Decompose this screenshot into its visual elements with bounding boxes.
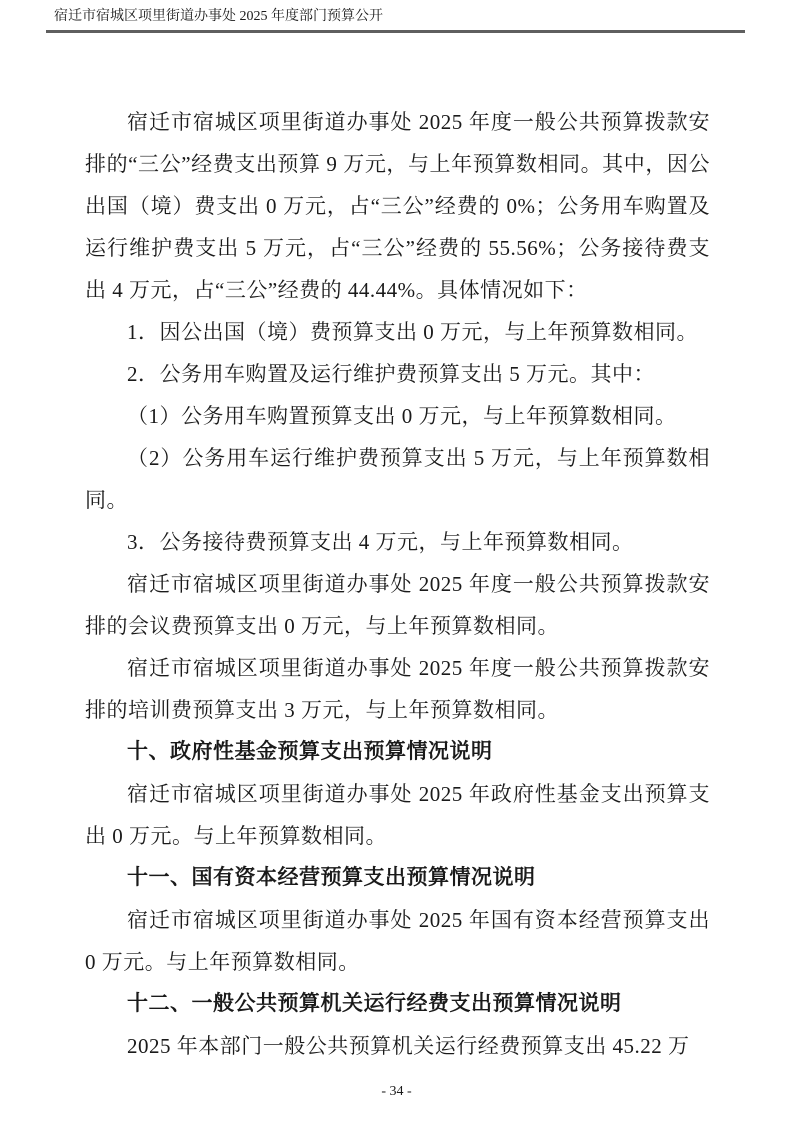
heading-operating-expense: 十二、一般公共预算机关运行经费支出预算情况说明 (85, 983, 710, 1025)
document-page: 宿迁市宿城区项里街道办事处 2025 年度部门预算公开 宿迁市宿城区项里街道办事… (0, 0, 793, 1122)
para-training-fee: 宿迁市宿城区项里街道办事处 2025 年度一般公共预算拨款安排的培训费预算支出 … (85, 647, 710, 731)
para-item-1-abroad: 1．因公出国（境）费预算支出 0 万元，与上年预算数相同。 (85, 311, 710, 353)
para-sangong-overview: 宿迁市宿城区项里街道办事处 2025 年度一般公共预算拨款安排的“三公”经费支出… (85, 101, 710, 311)
para-item-2-2-maintenance: （2）公务用车运行维护费预算支出 5 万元，与上年预算数相同。 (85, 437, 710, 521)
para-item-3-reception: 3．公务接待费预算支出 4 万元，与上年预算数相同。 (85, 521, 710, 563)
heading-gov-fund-budget: 十、政府性基金预算支出预算情况说明 (85, 731, 710, 773)
page-header-title: 宿迁市宿城区项里街道办事处 2025 年度部门预算公开 (46, 8, 745, 26)
para-meeting-fee: 宿迁市宿城区项里街道办事处 2025 年度一般公共预算拨款安排的会议费预算支出 … (85, 563, 710, 647)
para-item-2-1-purchase: （1）公务用车购置预算支出 0 万元，与上年预算数相同。 (85, 395, 710, 437)
heading-state-capital-budget: 十一、国有资本经营预算支出预算情况说明 (85, 857, 710, 899)
para-state-capital-budget: 宿迁市宿城区项里街道办事处 2025 年国有资本经营预算支出 0 万元。与上年预… (85, 899, 710, 983)
document-body: 宿迁市宿城区项里街道办事处 2025 年度一般公共预算拨款安排的“三公”经费支出… (85, 101, 710, 1067)
page-number: - 34 - (381, 1084, 411, 1099)
para-operating-expense: 2025 年本部门一般公共预算机关运行经费预算支出 45.22 万 (85, 1025, 710, 1067)
para-item-2-vehicle: 2．公务用车购置及运行维护费预算支出 5 万元。其中： (85, 353, 710, 395)
page-footer: - 34 - (0, 1082, 793, 1100)
para-gov-fund-budget: 宿迁市宿城区项里街道办事处 2025 年政府性基金支出预算支出 0 万元。与上年… (85, 773, 710, 857)
page-header: 宿迁市宿城区项里街道办事处 2025 年度部门预算公开 (46, 8, 745, 33)
